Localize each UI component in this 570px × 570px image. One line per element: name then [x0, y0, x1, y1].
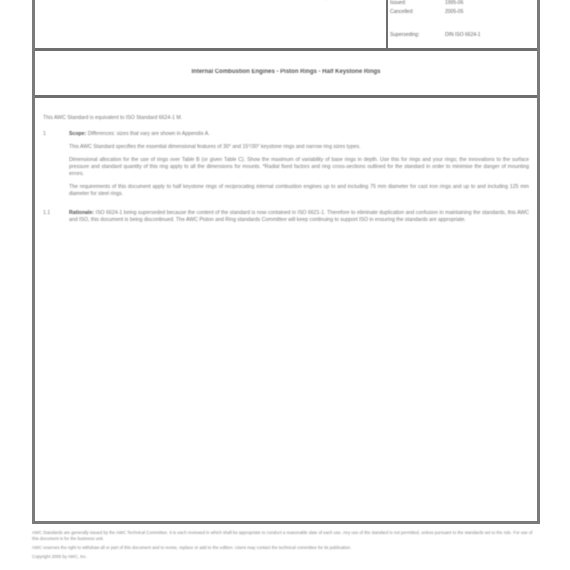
header-divider: [386, 0, 388, 50]
document-frame: Ersatz für Ausgabe 11.92 Issued: 1995-06…: [32, 0, 540, 524]
paragraph: This AWC Standard specifies the essentia…: [69, 144, 529, 151]
meta-label: Cancelled:: [390, 9, 445, 15]
document-body: This AWC Standard is equivalent to ISO S…: [43, 115, 529, 236]
document-title: Internal Combustion Engines - Piston Rin…: [35, 69, 537, 75]
meta-value: 1995-06: [445, 0, 463, 6]
meta-value: 2005-05: [445, 9, 463, 15]
footer-line: AWC Standards are generally issued by th…: [32, 530, 540, 542]
meta-label: Superseding:: [390, 32, 445, 38]
document-meta: Issued: 1995-06 Cancelled: 2005-05 Super…: [390, 0, 540, 39]
footer-line: AWC reserves the right to withdraw all o…: [32, 545, 540, 551]
section-heading-text: ISO 6624-1 being superseded because the …: [69, 210, 529, 223]
meta-row-issued: Issued: 1995-06: [390, 0, 540, 7]
meta-label: Issued:: [390, 0, 445, 6]
meta-row-superseding: Superseding: DIN ISO 6624-1: [390, 30, 540, 39]
paragraph: Dimensional allocation for the use of ri…: [69, 157, 529, 178]
section-scope: 1 Scope: Differences: sizes that vary ar…: [43, 131, 529, 204]
paragraph: The requirements of this document apply …: [69, 184, 529, 198]
document-footer: AWC Standards are generally issued by th…: [32, 530, 540, 563]
header-rule: [35, 48, 537, 51]
section-heading-line: Rationale: ISO 6624-1 being superseded b…: [69, 210, 529, 224]
meta-value: DIN ISO 6624-1: [445, 32, 481, 38]
section-number: 1: [43, 131, 69, 204]
intro-text: This AWC Standard is equivalent to ISO S…: [43, 115, 529, 122]
section-heading-text: Differences: sizes that vary are shown i…: [88, 131, 210, 137]
section-heading: Scope:: [69, 131, 86, 137]
section-number: 1.1: [43, 210, 69, 230]
section-heading: Rationale:: [69, 210, 94, 216]
section-rationale: 1.1 Rationale: ISO 6624-1 being supersed…: [43, 210, 529, 230]
section-heading-line: Scope: Differences: sizes that vary are …: [69, 131, 529, 138]
footer-line: Copyright 2005 by AWC, Inc.: [32, 554, 540, 560]
meta-row-cancelled: Cancelled: 2005-05: [390, 7, 540, 16]
title-rule: [35, 95, 537, 98]
